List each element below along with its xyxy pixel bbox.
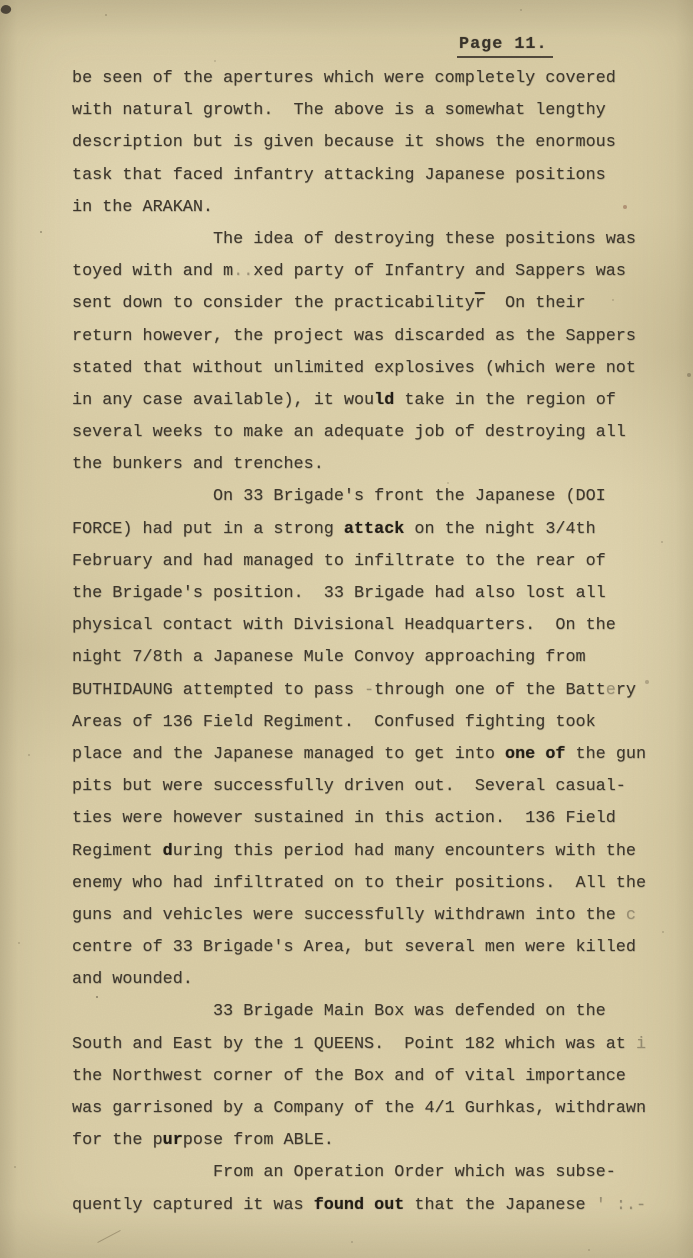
typed-line: in the ARAKAN. xyxy=(72,192,672,224)
typed-text: guns and vehicles were successfully with… xyxy=(72,906,626,925)
typed-text: FORCE) had put in a strong xyxy=(72,520,344,539)
typed-text: that the Japanese xyxy=(404,1196,595,1215)
typed-text: task that faced infantry attacking Japan… xyxy=(72,166,606,185)
document-text: be seen of the apertures which were comp… xyxy=(72,63,672,1222)
typed-text: BUTHIDAUNG attempted to pass xyxy=(72,681,364,700)
typed-text: take in the region of xyxy=(394,391,616,410)
paper-fiber-scratch xyxy=(97,1230,120,1243)
typed-line: physical contact with Divisional Headqua… xyxy=(72,610,672,642)
overstruck-text: attack xyxy=(344,520,404,539)
typed-text: Regiment xyxy=(72,842,163,861)
typed-line: for the purpose from ABLE. xyxy=(72,1125,672,1157)
faded-text: - xyxy=(364,681,374,700)
typed-line: The idea of destroying these positions w… xyxy=(72,224,672,256)
typed-text: physical contact with Divisional Headqua… xyxy=(72,616,616,635)
typed-text: xed party of Infantry and Sappers was xyxy=(253,262,626,281)
typed-line: and wounded. xyxy=(72,964,672,996)
typed-text: return however, the project was discarde… xyxy=(72,327,636,346)
typed-line: 33 Brigade Main Box was defended on the xyxy=(72,996,672,1028)
typed-line: On 33 Brigade's front the Japanese (DOI xyxy=(72,481,672,513)
typed-line: the Brigade's position. 33 Brigade had a… xyxy=(72,578,672,610)
typed-line: sent down to consider the practicability… xyxy=(72,288,672,320)
typed-text: The idea of destroying these positions w… xyxy=(72,230,636,249)
typed-line: in any case available), it would take in… xyxy=(72,385,672,417)
typed-text: the Northwest corner of the Box and of v… xyxy=(72,1067,626,1086)
overstruck-text: one of xyxy=(505,745,565,764)
typed-text: 33 Brigade Main Box was defended on the xyxy=(72,1002,606,1021)
typed-text: centre of 33 Brigade's Area, but several… xyxy=(72,938,636,957)
typed-text: night 7/8th a Japanese Mule Convoy appro… xyxy=(72,648,586,667)
typed-text: February and had managed to infiltrate t… xyxy=(72,552,606,571)
typed-text: place and the Japanese managed to get in… xyxy=(72,745,505,764)
typed-text: the Brigade's position. 33 Brigade had a… xyxy=(72,584,606,603)
typed-line: BUTHIDAUNG attempted to pass -through on… xyxy=(72,675,672,707)
typed-text: quently captured it was xyxy=(72,1196,314,1215)
typed-line: Regiment during this period had many enc… xyxy=(72,836,672,868)
page-number: Page 11. xyxy=(457,35,553,58)
typed-line: description but is given because it show… xyxy=(72,127,672,159)
typed-line: centre of 33 Brigade's Area, but several… xyxy=(72,932,672,964)
typed-line: several weeks to make an adequate job of… xyxy=(72,417,672,449)
typed-text: From an Operation Order which was subse- xyxy=(72,1163,616,1182)
typed-text: in any case available), it wou xyxy=(72,391,374,410)
typed-text: pose from ABLE. xyxy=(183,1131,334,1150)
typed-line: place and the Japanese managed to get in… xyxy=(72,739,672,771)
typed-line: the bunkers and trenches. xyxy=(72,449,672,481)
typed-line: be seen of the apertures which were comp… xyxy=(72,63,672,95)
typed-line: Areas of 136 Field Regiment. Confused fi… xyxy=(72,707,672,739)
typed-text: pits but were successfully driven out. S… xyxy=(72,777,626,796)
typed-line: return however, the project was discarde… xyxy=(72,321,672,353)
typed-text: Areas of 136 Field Regiment. Confused fi… xyxy=(72,713,596,732)
typed-line: stated that without unlimited explosives… xyxy=(72,353,672,385)
overstruck-text: d xyxy=(163,842,173,861)
typed-line: FORCE) had put in a strong attack on the… xyxy=(72,514,672,546)
typed-text: sent down to consider the practicability xyxy=(72,294,475,313)
overstruck-text: ur xyxy=(163,1131,183,1150)
typed-line: toyed with and m..xed party of Infantry … xyxy=(72,256,672,288)
typed-line: with natural growth. The above is a some… xyxy=(72,95,672,127)
typed-text: South and East by the 1 QUEENS. Point 18… xyxy=(72,1035,636,1054)
typed-text: the gun xyxy=(565,745,646,764)
typed-line: South and East by the 1 QUEENS. Point 18… xyxy=(72,1029,672,1061)
typed-line: the Northwest corner of the Box and of v… xyxy=(72,1061,672,1093)
faded-text: i xyxy=(636,1035,646,1054)
typed-text: be seen of the apertures which were comp… xyxy=(72,69,616,88)
overstruck-text: found out xyxy=(314,1196,405,1215)
paper-specks xyxy=(0,0,2,2)
typed-line: pits but were successfully driven out. S… xyxy=(72,771,672,803)
typed-text: description but is given because it show… xyxy=(72,133,616,152)
typed-line: guns and vehicles were successfully with… xyxy=(72,900,672,932)
scanned-document-page: Page 11. be seen of the apertures which … xyxy=(0,0,693,1258)
typed-line: was garrisoned by a Company of the 4/1 G… xyxy=(72,1093,672,1125)
typed-line: quently captured it was found out that t… xyxy=(72,1190,672,1222)
typed-line: enemy who had infiltrated on to their po… xyxy=(72,868,672,900)
typed-text: for the p xyxy=(72,1131,163,1150)
typed-line: February and had managed to infiltrate t… xyxy=(72,546,672,578)
typed-text: several weeks to make an adequate job of… xyxy=(72,423,626,442)
typed-line: night 7/8th a Japanese Mule Convoy appro… xyxy=(72,642,672,674)
faded-text: c xyxy=(626,906,636,925)
typed-text: r xyxy=(475,294,485,313)
typed-line: ties were however sustained in this acti… xyxy=(72,803,672,835)
faded-text: e xyxy=(606,681,616,700)
ink-blot-mark xyxy=(0,4,12,16)
typed-text: On 33 Brigade's front the Japanese (DOI xyxy=(72,487,606,506)
typed-text: the bunkers and trenches. xyxy=(72,455,324,474)
typed-text: in the ARAKAN. xyxy=(72,198,213,217)
typed-text: was garrisoned by a Company of the 4/1 G… xyxy=(72,1099,646,1118)
typed-text: enemy who had infiltrated on to their po… xyxy=(72,874,646,893)
faded-text: .. xyxy=(233,262,253,281)
faded-text: ' :.- xyxy=(596,1196,646,1215)
typed-text: ties were however sustained in this acti… xyxy=(72,809,616,828)
typed-text: toyed with and m xyxy=(72,262,233,281)
typed-line: From an Operation Order which was subse- xyxy=(72,1157,672,1189)
typed-text: on the night 3/4th xyxy=(404,520,595,539)
typed-text: uring this period had many encounters wi… xyxy=(173,842,636,861)
overstruck-text: ld xyxy=(374,391,394,410)
typed-text: and wounded. xyxy=(72,970,193,989)
typed-text: On their xyxy=(485,294,586,313)
typed-text: stated that without unlimited explosives… xyxy=(72,359,636,378)
typed-line: task that faced infantry attacking Japan… xyxy=(72,160,672,192)
typed-text: with natural growth. The above is a some… xyxy=(72,101,606,120)
typed-text: through one of the Batt xyxy=(374,681,606,700)
typed-text: ry xyxy=(616,681,636,700)
